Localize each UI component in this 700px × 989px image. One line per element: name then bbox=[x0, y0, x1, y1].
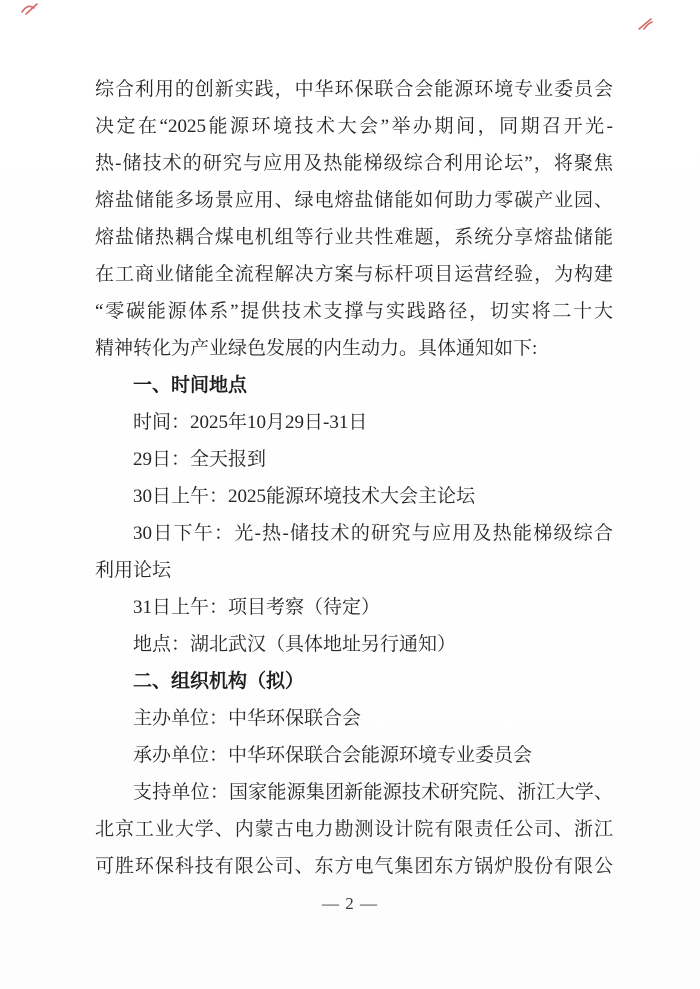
page-number: — 2 — bbox=[0, 894, 700, 914]
section-heading-organization: 二、组织机构（拟） bbox=[95, 663, 613, 700]
document-page: 综合利用的创新实践，中华环保联合会能源环境专业委员会 决定在“2025能源环境技… bbox=[0, 0, 700, 989]
schedule-venue-line: 地点：湖北武汉（具体地址另行通知） bbox=[95, 626, 613, 663]
schedule-day30am-line: 30日上午：2025能源环境技术大会主论坛 bbox=[95, 478, 613, 515]
red-pen-mark-top-left-icon bbox=[20, 2, 40, 16]
body-paragraph-line: 熔盐储能多场景应用、绿电熔盐储能如何助力零碳产业园、 bbox=[95, 182, 613, 219]
body-paragraph-line: 热-储技术的研究与应用及热能梯级综合利用论坛”，将聚焦 bbox=[95, 145, 613, 182]
org-support-wrap-line: 北京工业大学、内蒙古电力勘测设计院有限责任公司、浙江 bbox=[95, 811, 613, 848]
schedule-day30pm-wrap-line: 利用论坛 bbox=[95, 552, 613, 589]
body-paragraph-line: 综合利用的创新实践，中华环保联合会能源环境专业委员会 bbox=[95, 71, 613, 108]
body-paragraph-line: 决定在“2025能源环境技术大会”举办期间，同期召开光- bbox=[95, 108, 613, 145]
body-paragraph-line: 精神转化为产业绿色发展的内生动力。具体通知如下: bbox=[95, 330, 613, 367]
schedule-time-line: 时间：2025年10月29日-31日 bbox=[95, 404, 613, 441]
schedule-day29-line: 29日：全天报到 bbox=[95, 441, 613, 478]
org-support-line: 支持单位：国家能源集团新能源技术研究院、浙江大学、 bbox=[95, 774, 613, 811]
body-paragraph-line: 熔盐储热耦合煤电机组等行业共性难题，系统分享熔盐储能 bbox=[95, 219, 613, 256]
org-organizer-line: 承办单位：中华环保联合会能源环境专业委员会 bbox=[95, 737, 613, 774]
body-paragraph-line: 在工商业储能全流程解决方案与标杆项目运营经验，为构建 bbox=[95, 256, 613, 293]
red-pen-mark-top-right-icon bbox=[636, 16, 654, 32]
document-body: 综合利用的创新实践，中华环保联合会能源环境专业委员会 决定在“2025能源环境技… bbox=[95, 71, 613, 885]
org-host-line: 主办单位：中华环保联合会 bbox=[95, 700, 613, 737]
schedule-day31am-line: 31日上午：项目考察（待定） bbox=[95, 589, 613, 626]
org-support-wrap-line: 可胜环保科技有限公司、东方电气集团东方锅炉股份有限公 bbox=[95, 848, 613, 885]
body-paragraph-line: “零碳能源体系”提供技术支撑与实践路径，切实将二十大 bbox=[95, 293, 613, 330]
section-heading-time-venue: 一、时间地点 bbox=[95, 367, 613, 404]
schedule-day30pm-line: 30日下午：光-热-储技术的研究与应用及热能梯级综合 bbox=[95, 515, 613, 552]
